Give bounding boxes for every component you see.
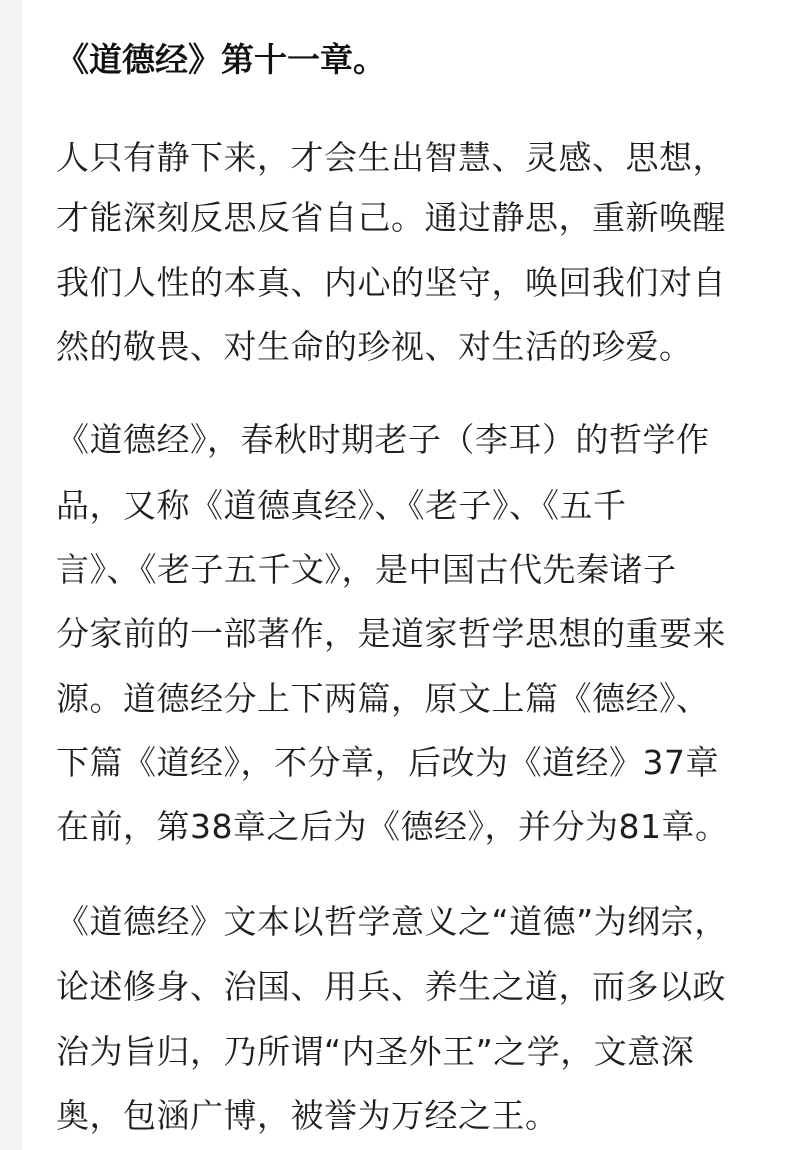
paragraph-3-line-3: 治为旨归，乃所谓“内圣外王”之学，文意深 [56, 1030, 694, 1074]
paragraph-3-line-2: 论述修身、治国、用兵、养生之道，而多以政 [56, 965, 726, 1009]
paragraph-1-line-3: 我们人性的本真、内心的坚守，唤回我们对自 [56, 261, 726, 305]
paragraph-2-line-5: 源。道德经分上下两篇，原文上篇《德经》、 [56, 677, 710, 721]
paragraph-1-line-2: 才能深刻反思反省自己。通过静思，重新唤醒 [56, 196, 726, 240]
paragraph-2-line-4: 分家前的一部著作，是道家哲学思想的重要来 [56, 612, 726, 656]
article-title: 《道德经》第十一章。 [56, 38, 386, 82]
paragraph-3-line-4: 奥，包涵广博，被誉为万经之王。 [56, 1094, 559, 1138]
paragraph-2-line-7: 在前，第38章之后为《德经》，并分为81章。 [56, 805, 728, 849]
paragraph-2-line-1: 《道德经》，春秋时期老子（李耳）的哲学作 [56, 418, 710, 462]
paragraph-2-line-6: 下篇《道经》，不分章，后改为《道经》37章 [56, 741, 719, 785]
left-edge-strip [0, 0, 22, 1150]
paragraph-1-line-1: 人只有静下来，才会生出智慧、灵感、思想， [56, 136, 726, 180]
paragraph-2-line-3: 言》、《老子五千文》，是中国古代先秦诸子 [56, 548, 677, 592]
paragraph-2-line-2: 品，又称《道德真经》、《老子》、《五千 [56, 484, 627, 528]
paragraph-3-line-1: 《道德经》文本以哲学意义之“道德”为纲宗， [56, 900, 728, 944]
paragraph-1-line-4: 然的敬畏、对生命的珍视、对生活的珍爱。 [56, 325, 693, 369]
article-body: 《道德经》第十一章。 人只有静下来，才会生出智慧、灵感、思想， 才能深刻反思反省… [56, 0, 800, 1150]
